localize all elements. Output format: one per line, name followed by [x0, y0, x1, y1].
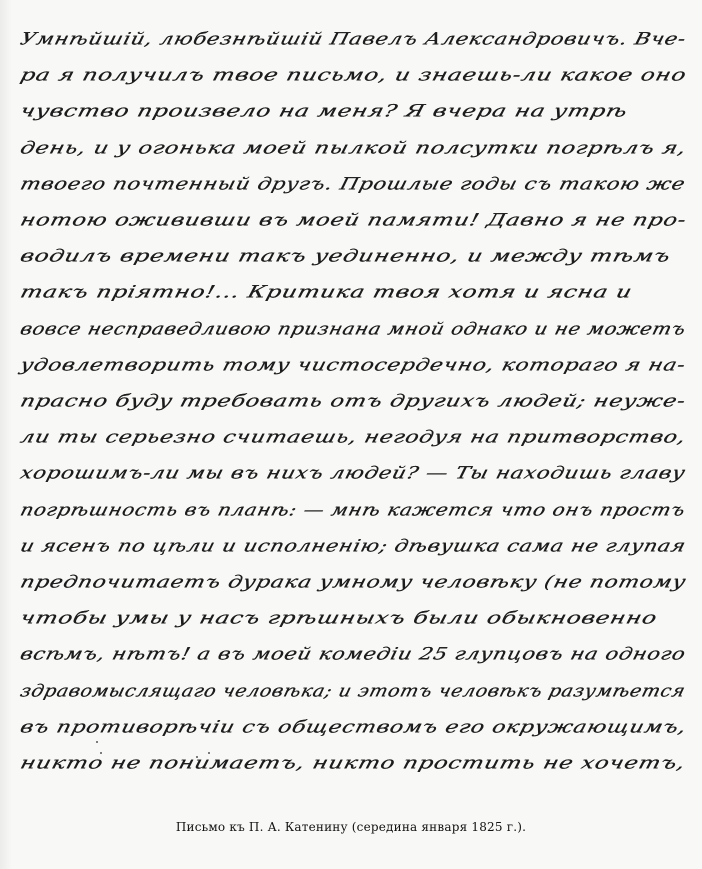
handwritten-line: вовсе несправедливою признана мной однак…	[18, 319, 688, 338]
ink-speck	[208, 752, 210, 754]
handwritten-line: всѣмъ, нѣтъ! а въ моей комедіи 25 глупцо…	[18, 645, 688, 664]
handwritten-line: никто не понимаетъ, никто простить не хо…	[18, 754, 687, 773]
handwritten-line: водилъ времени такъ уединенно, и между т…	[18, 247, 672, 266]
letter-page: Умнѣйшій, любезнѣйшій Павелъ Александров…	[0, 0, 702, 869]
handwritten-line: и ясенъ по цѣли и исполненію; дѣвушка са…	[18, 536, 688, 555]
handwritten-line: такъ пріятно!... Критика твоя хотя и ясн…	[18, 283, 634, 302]
handwritten-line: чтобы умы у насъ грѣшныхъ были обыкновен…	[18, 609, 659, 628]
handwritten-line: ра я получилъ твое письмо, и знаешь-ли к…	[18, 66, 688, 85]
handwritten-line: здравомыслящаго человѣка; и этотъ человѣ…	[18, 681, 687, 700]
handwritten-line: удовлетворить тому чистосердечно, котора…	[18, 355, 688, 374]
handwritten-line: ли ты серьезно считаешь, негодуя на прит…	[18, 428, 688, 447]
handwritten-line: прасно буду требовать отъ другихъ людей;…	[18, 392, 688, 411]
ink-speck	[96, 741, 98, 743]
handwritten-line: погрѣшность въ планѣ: — мнѣ кажется что …	[18, 500, 687, 519]
handwritten-line: предпочитаетъ дурака умному человѣку (не…	[18, 573, 688, 592]
handwritten-line: въ противорѣчіи съ обществомъ его окружа…	[18, 717, 688, 736]
handwritten-line: твоего почтенный другъ. Прошлые годы съ …	[18, 174, 687, 193]
ink-speck	[100, 752, 102, 754]
figure-caption: Письмо къ П. А. Катенину (середина январ…	[0, 820, 702, 834]
handwritten-line: Умнѣйшій, любезнѣйшій Павелъ Александров…	[18, 30, 688, 49]
ink-speck	[196, 756, 198, 758]
handwritten-line: хорошимъ-ли мы въ нихъ людей? — Ты наход…	[18, 464, 687, 483]
handwritten-line: нотою ожививши въ моей памяти! Давно я н…	[18, 211, 688, 230]
handwritten-line: чувство произвело на меня? Я вчера на ут…	[18, 102, 629, 121]
handwritten-line: день, и у огонька моей пылкой полсутки п…	[18, 138, 688, 157]
